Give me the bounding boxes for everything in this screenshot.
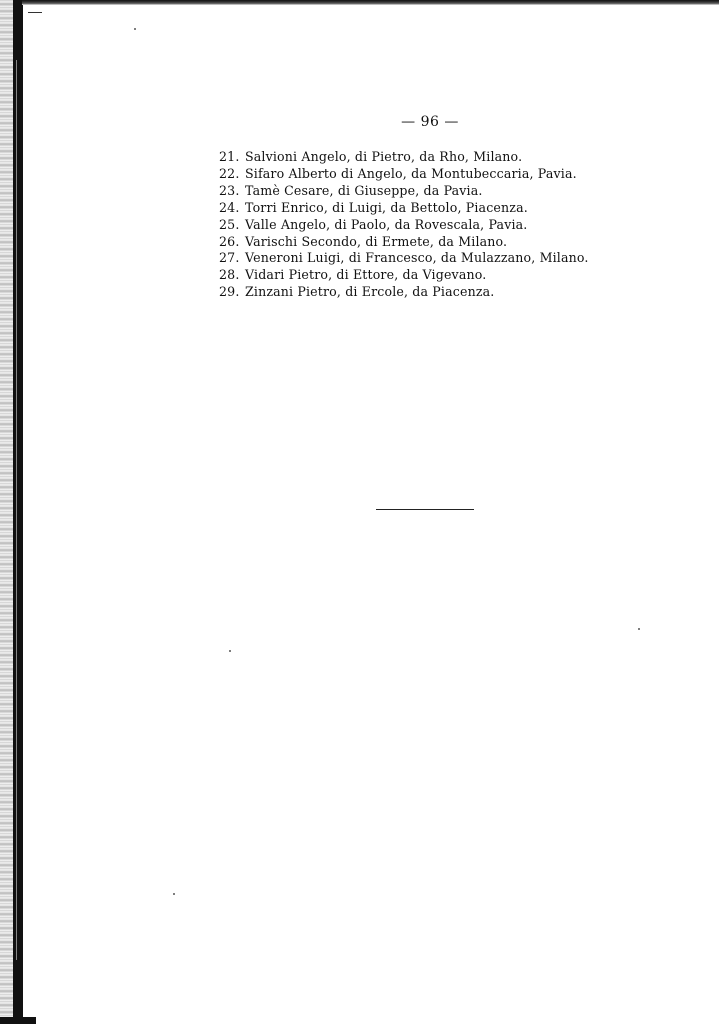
scan-speck bbox=[134, 28, 136, 30]
list-item: 26.Varischi Secondo, di Ermete, da Milan… bbox=[219, 234, 589, 251]
list-item: 21.Salvioni Angelo, di Pietro, da Rho, M… bbox=[219, 149, 589, 166]
page-number: — 96 — bbox=[380, 114, 480, 130]
item-text: Sifaro Alberto di Angelo, da Montubeccar… bbox=[245, 166, 577, 181]
top-edge-mark bbox=[28, 12, 42, 13]
list-item: 25.Valle Angelo, di Paolo, da Rovescala,… bbox=[219, 217, 589, 234]
list-item: 27.Veneroni Luigi, di Francesco, da Mula… bbox=[219, 250, 589, 267]
binding-edge bbox=[13, 0, 23, 1024]
item-number: 29. bbox=[219, 284, 245, 301]
item-number: 25. bbox=[219, 217, 245, 234]
binding-shadow bbox=[0, 0, 14, 1024]
item-text: Vidari Pietro, di Ettore, da Vigevano. bbox=[245, 267, 486, 282]
list-item: 23.Tamè Cesare, di Giuseppe, da Pavia. bbox=[219, 183, 589, 200]
item-text: Salvioni Angelo, di Pietro, da Rho, Mila… bbox=[245, 149, 522, 164]
scan-speck bbox=[229, 650, 231, 652]
list-item: 22.Sifaro Alberto di Angelo, da Montubec… bbox=[219, 166, 589, 183]
item-number: 22. bbox=[219, 166, 245, 183]
binding-gap-line bbox=[16, 60, 17, 960]
item-number: 23. bbox=[219, 183, 245, 200]
item-text: Zinzani Pietro, di Ercole, da Piacenza. bbox=[245, 284, 494, 299]
item-number: 27. bbox=[219, 250, 245, 267]
item-text: Tamè Cesare, di Giuseppe, da Pavia. bbox=[245, 183, 483, 198]
item-text: Torri Enrico, di Luigi, da Bettolo, Piac… bbox=[245, 200, 528, 215]
list-item: 24.Torri Enrico, di Luigi, da Bettolo, P… bbox=[219, 200, 589, 217]
scan-speck bbox=[638, 628, 640, 630]
section-divider-rule bbox=[376, 509, 474, 510]
item-number: 26. bbox=[219, 234, 245, 251]
item-number: 24. bbox=[219, 200, 245, 217]
item-text: Veneroni Luigi, di Francesco, da Mulazza… bbox=[245, 250, 589, 265]
scanned-page: — 96 — 21.Salvioni Angelo, di Pietro, da… bbox=[0, 0, 719, 1024]
name-list: 21.Salvioni Angelo, di Pietro, da Rho, M… bbox=[219, 149, 589, 301]
top-page-edge bbox=[22, 0, 719, 5]
list-item: 28.Vidari Pietro, di Ettore, da Vigevano… bbox=[219, 267, 589, 284]
item-number: 21. bbox=[219, 149, 245, 166]
list-item: 29.Zinzani Pietro, di Ercole, da Piacenz… bbox=[219, 284, 589, 301]
scan-speck bbox=[173, 893, 175, 895]
item-text: Varischi Secondo, di Ermete, da Milano. bbox=[245, 234, 507, 249]
bottom-page-edge bbox=[0, 1017, 36, 1024]
item-text: Valle Angelo, di Paolo, da Rovescala, Pa… bbox=[245, 217, 527, 232]
item-number: 28. bbox=[219, 267, 245, 284]
